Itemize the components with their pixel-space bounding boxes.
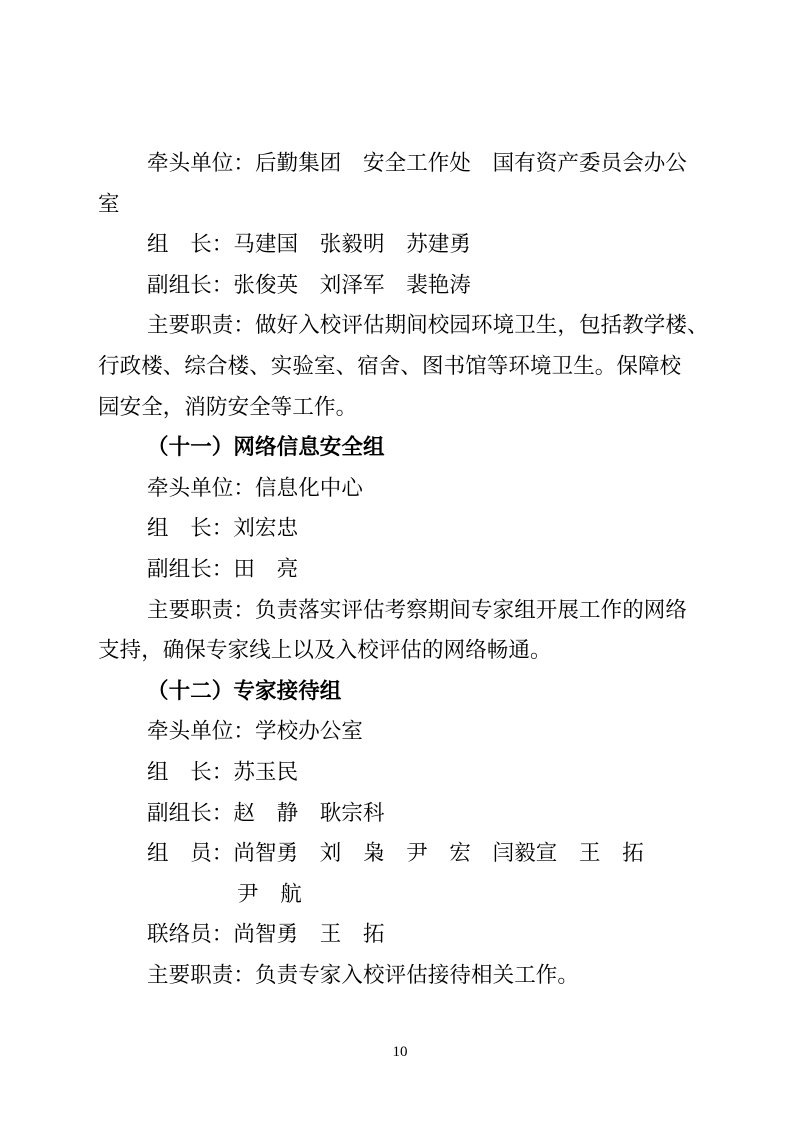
text-line: 主要职责：做好入校评估期间校园环境卫生，包括教学楼、 — [98, 305, 704, 346]
document-page: 牵头单位：后勤集团 安全工作处 国有资产委员会办公室组 长：马建国 张毅明 苏建… — [0, 0, 800, 1131]
text-line: 副组长：赵 静 耿宗科 — [98, 793, 704, 834]
text-line: 主要职责：负责专家入校评估接待相关工作。 — [98, 955, 704, 996]
text-line: 支持，确保专家线上以及入校评估的网络畅通。 — [98, 630, 704, 671]
page-number: 10 — [0, 1042, 800, 1062]
section-heading: （十二）专家接待组 — [98, 671, 704, 712]
text-line: 副组长：张俊英 刘泽军 裴艳涛 — [98, 265, 704, 306]
text-line: 尹 航 — [98, 874, 704, 915]
text-line: 室 — [98, 184, 704, 225]
text-line: 牵头单位：信息化中心 — [98, 468, 704, 509]
section-heading: （十一）网络信息安全组 — [98, 427, 704, 468]
text-line: 牵头单位：后勤集团 安全工作处 国有资产委员会办公 — [98, 143, 704, 184]
text-line: 组 长：苏玉民 — [98, 752, 704, 793]
text-line: 园安全，消防安全等工作。 — [98, 387, 704, 428]
text-line: 牵头单位：学校办公室 — [98, 711, 704, 752]
text-line: 行政楼、综合楼、实验室、宿舍、图书馆等环境卫生。保障校 — [98, 346, 704, 387]
document-body: 牵头单位：后勤集团 安全工作处 国有资产委员会办公室组 长：马建国 张毅明 苏建… — [98, 143, 704, 995]
text-line: 副组长：田 亮 — [98, 549, 704, 590]
text-line: 组 长：刘宏忠 — [98, 508, 704, 549]
text-line: 主要职责：负责落实评估考察期间专家组开展工作的网络 — [98, 590, 704, 631]
text-line: 联络员：尚智勇 王 拓 — [98, 914, 704, 955]
text-line: 组 员：尚智勇 刘 枭 尹 宏 闫毅宣 王 拓 — [98, 833, 704, 874]
text-line: 组 长：马建国 张毅明 苏建勇 — [98, 224, 704, 265]
